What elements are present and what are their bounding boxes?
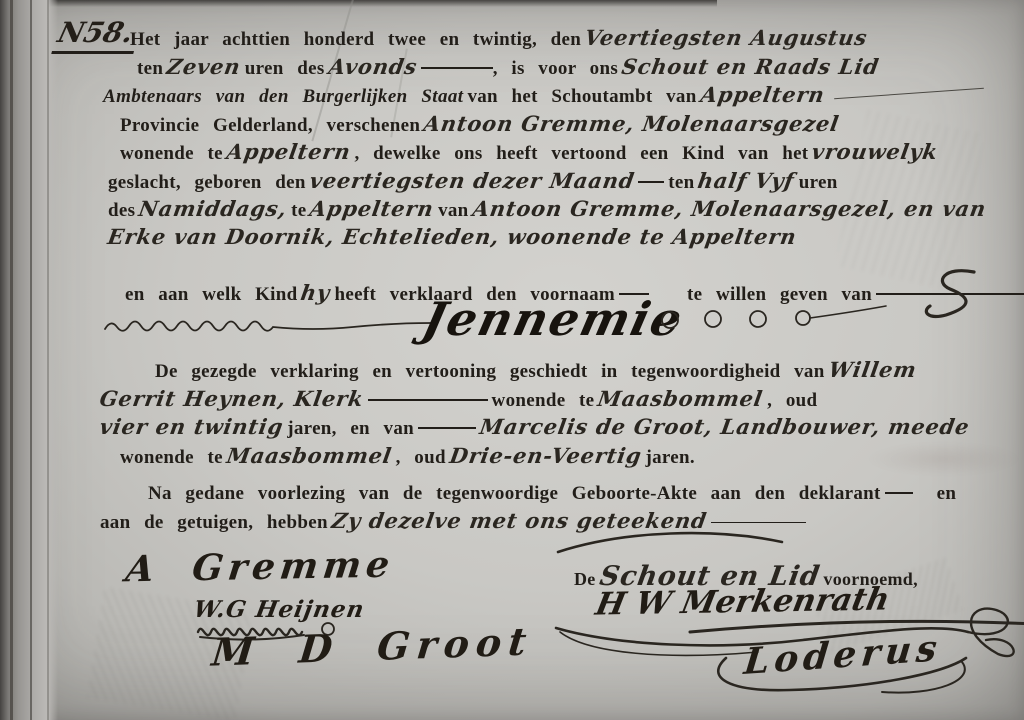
handwritten-entry-pronoun: hy [300,282,332,303]
printed-text: en [937,483,957,504]
printed-text: , oud [767,390,817,411]
handwritten-entry-birthhour: half Vyf [697,170,797,191]
act-line-12: Gerrit Heynen, Klerk wonende te Maasbomm… [100,387,1004,416]
printed-text: wonende te [492,390,595,411]
line-end-flourish [918,268,980,320]
act-line-13: vier en twintig jaren, en van Marcelis d… [100,415,1004,444]
act-line-11: De gezegde verklaring en vertooning gesc… [100,358,1004,387]
handwritten-entry-place: Appeltern [699,84,826,105]
ruled-blank-line [421,67,493,69]
act-line-2: ten Zeven uren des Avonds , is voor ons … [100,55,1004,84]
printed-text: uren des [245,58,325,79]
printed-text: geslacht, geboren den [108,172,306,193]
printed-text: , oud [396,447,446,468]
printed-italic-text: Ambtenaars van den Burgerlijken Staat [103,86,463,107]
printed-text: des [108,200,135,221]
handwritten-entry-age: Drie-en-Veertig [448,445,643,466]
pen-tail-stroke [834,88,984,99]
handwritten-entry-mother: Erke van Doornik, Echtelieden, woonende … [106,226,798,247]
binding-crease-line [10,0,13,720]
printed-text: jaren. [645,447,694,468]
printed-text: van het Schoutambt van [467,86,696,107]
printed-text: Provincie Gelderland, verschenen [120,115,420,136]
handwritten-entry-place: Appeltern [225,141,352,162]
act-line-4: Provincie Gelderland, verschenen Antoon … [100,112,1004,141]
act-line-16: aan de getuigen, hebben Zy dezelve met o… [100,509,1004,538]
handwritten-entry-daypart: Namiddags, [138,198,289,219]
act-line-3: Ambtenaars van den Burgerlijken Staat va… [100,83,1004,112]
act-line-14: wonende te Maasbommel , oud Drie-en-Veer… [100,444,1004,473]
handwritten-entry-gender: vrouwelyk [811,141,940,162]
handwritten-entry-witness2: Marcelis de Groot, Landbouwer, meede [478,416,971,437]
printed-text: uren [799,172,838,193]
handwritten-entry-declarant: Antoon Gremme, Molenaarsgezel [423,113,841,134]
printed-text: ten [668,172,694,193]
ruled-blank-line [368,399,488,401]
printed-text: aan de getuigen, hebben [100,512,328,533]
printed-text: jaren, en van [287,418,414,439]
ruled-blank-line [418,427,476,429]
ruled-blank-line [885,492,913,494]
handwritten-entry-age: vier en twintig [98,416,285,437]
binding-edge [0,0,58,720]
printed-text: te [291,200,306,221]
binding-crease-line [47,0,49,720]
handwritten-entry-witness1: Gerrit Heynen, Klerk [98,388,365,409]
name-flourish-loops [658,306,888,332]
printed-text: Het jaar achttien honderd twee en twinti… [130,29,581,50]
schout-label-curve [556,528,786,554]
printed-text: De [574,569,596,589]
act-line-7: des Namiddags, te Appeltern van Antoon G… [100,197,1004,226]
printed-text: van [438,200,468,221]
act-body-paragraph-2: De gezegde verklaring en vertooning gesc… [100,358,1004,472]
printed-text: te willen geven van [687,284,872,305]
handwritten-entry-hour: Zeven [166,56,243,77]
act-body-paragraph-1: Het jaar achttien honderd twee en twinti… [100,26,1004,254]
handwritten-entry-date: Veertiegsten Augustus [583,27,869,48]
handwritten-entry-birthdate: veertiegsten dezer Maand [308,170,636,191]
printed-text: wonende te [120,447,223,468]
squiggle-flourish [103,317,433,335]
printed-text: , dewelke ons heeft vertoond een Kind va… [354,143,808,164]
act-line-6: geslacht, geboren den veertiegsten dezer… [100,169,1004,198]
signature-witness-heijnen: W.G Heijnen [192,596,367,623]
handwritten-entry-place: Appeltern [309,198,436,219]
act-line-5: wonende te Appeltern , dewelke ons heeft… [100,140,1004,169]
handwritten-entry-daypart: Avonds [327,56,419,77]
act-line-15: Na gedane voorlezing van de tegenwoordig… [100,480,1004,509]
ruled-blank-line [711,522,806,523]
signature-declarant-gremme: A Gremme [123,544,396,591]
handwritten-entry-father: Antoon Gremme, Molenaarsgezel, en van [471,198,987,219]
printed-text: wonende te [120,143,223,164]
printed-text: en aan welk Kind [100,284,297,305]
ruled-blank-line [638,181,664,183]
printed-text: De gezegde verklaring en vertooning gesc… [155,361,825,382]
handwritten-entry-place: Maasbommel [225,445,393,466]
printed-text: , is voor ons [493,58,618,79]
handwritten-entry-official-title: Schout en Raads Lid [620,56,880,77]
act-line-8: Erke van Doornik, Echtelieden, woonende … [100,226,1004,255]
scan-top-edge-shadow [0,0,717,7]
act-body-paragraph-3: Na gedane voorlezing van de tegenwoordig… [100,480,1004,537]
printed-text: Na gedane voorlezing van de tegenwoordig… [148,483,881,504]
act-line-1: Het jaar achttien honderd twee en twinti… [100,26,1004,55]
child-name: Jennemie [418,292,689,346]
handwritten-entry-place: Maasbommel [597,388,765,409]
binding-crease-line [30,0,32,720]
printed-text: ten [137,58,163,79]
loderus-flourish [700,652,990,700]
handwritten-entry-witness1: Willem [827,359,918,380]
